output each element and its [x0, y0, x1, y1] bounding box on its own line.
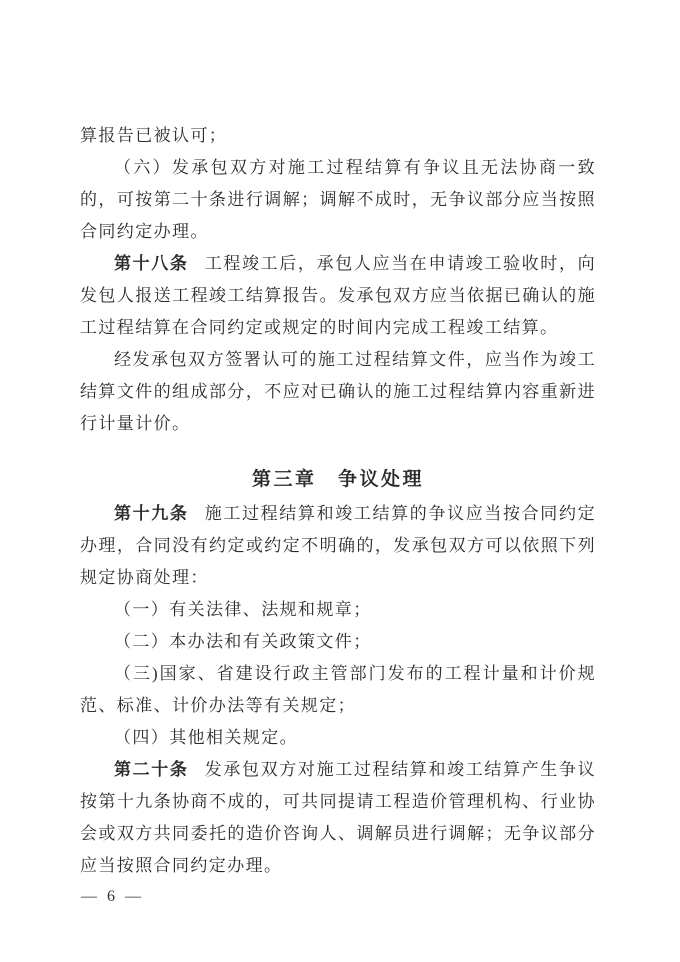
paragraph-article-18-cont: 经发承包双方签署认可的施工过程结算文件，应当作为竣工结算文件的组成部分，不应对已… [80, 344, 596, 440]
paragraph-article-18: 第十八条工程竣工后，承包人应当在申请竣工验收时，向发包人报送工程竣工结算报告。发… [80, 248, 596, 344]
page-number: — 6 — [81, 888, 144, 906]
document-body: 算报告已被认可； （六）发承包双方对施工过程结算有争议且无法协商一致的，可按第二… [80, 120, 596, 882]
paragraph-article-19: 第十九条施工过程结算和竣工结算的争议应当按合同约定办理，合同没有约定或约定不明确… [80, 498, 596, 594]
list-item-2: （二）本办法和有关政策文件； [80, 626, 596, 658]
paragraph-clause-6: （六）发承包双方对施工过程结算有争议且无法协商一致的，可按第二十条进行调解；调解… [80, 152, 596, 248]
paragraph-article-20: 第二十条发承包双方对施工过程结算和竣工结算产生争议按第十九条协商不成的，可共同提… [80, 754, 596, 882]
article-18-number: 第十八条 [114, 254, 189, 273]
document-page: 算报告已被认可； （六）发承包双方对施工过程结算有争议且无法协商一致的，可按第二… [0, 0, 680, 962]
list-item-3: （三)国家、省建设行政主管部门发布的工程计量和计价规范、标准、计价办法等有关规定… [80, 658, 596, 722]
chapter-heading: 第三章 争议处理 [80, 464, 596, 496]
list-item-1: （一）有关法律、法规和规章； [80, 594, 596, 626]
article-20-number: 第二十条 [114, 760, 189, 779]
paragraph-continuation: 算报告已被认可； [80, 120, 596, 152]
list-item-4: （四）其他相关规定。 [80, 722, 596, 754]
article-19-number: 第十九条 [114, 504, 189, 523]
